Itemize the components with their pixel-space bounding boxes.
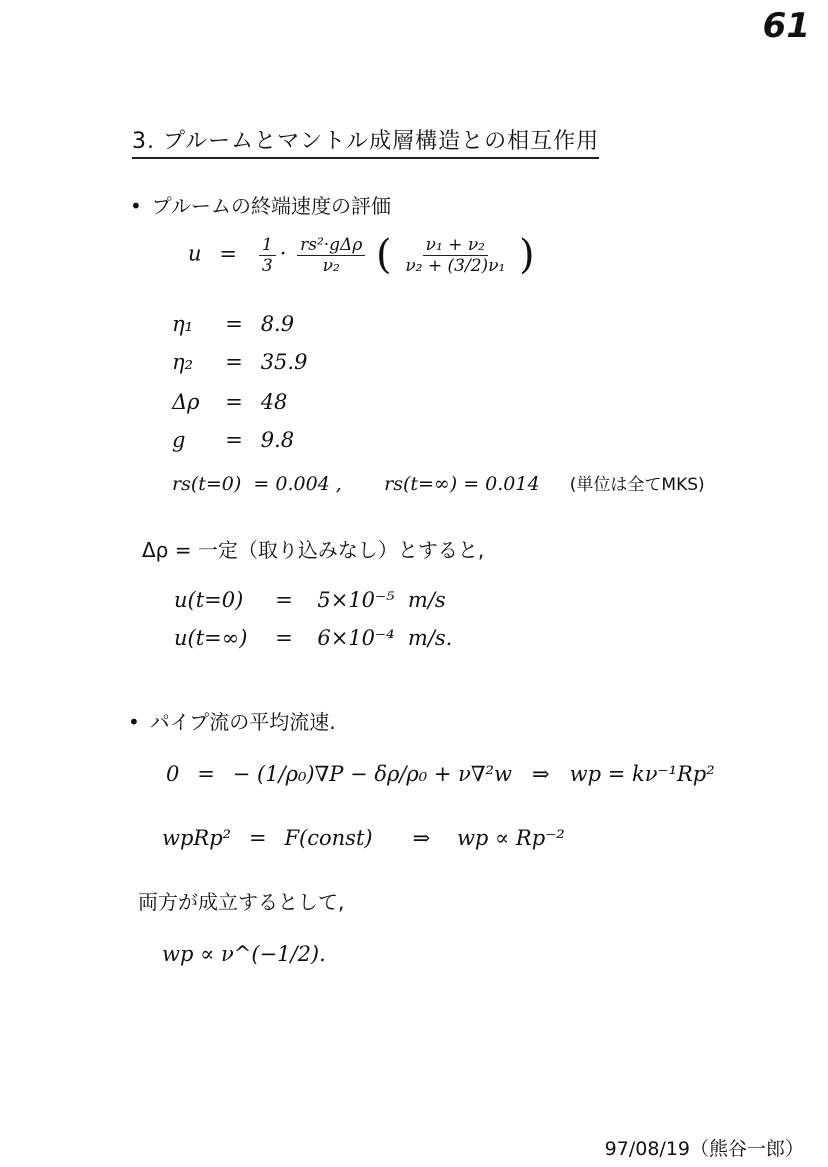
formula-lhs: u xyxy=(188,242,202,266)
page-number: 61 xyxy=(763,6,810,46)
section-heading: 3. プルームとマントル成層構造との相互作用 xyxy=(132,124,599,159)
momentum-equation: 0 = − (1/ρ₀)∇P − δρ/ρ₀ + ν∇²w ⇒ wp = kν⁻… xyxy=(166,762,715,786)
velocity-result: u(t=∞)= 6×10⁻⁴ m/s. xyxy=(174,626,452,650)
date-author-footer: 97/08/19（熊谷一郎） xyxy=(605,1134,804,1161)
unit-note: (単位は全てMKS) xyxy=(570,475,705,495)
paren-fraction: ν₁ + ν₂ ν₂ + (3/2)ν₁ xyxy=(402,235,508,276)
final-proportionality: wp ∝ ν^(−1/2). xyxy=(162,942,326,966)
implies-arrow: ⇒ xyxy=(413,826,431,850)
param-row: η₁= 8.9 xyxy=(172,312,294,336)
left-paren: ( xyxy=(376,232,392,278)
flux-equation: wpRp² = F(const) ⇒ wp ∝ Rp⁻² xyxy=(162,826,565,850)
param-row: η₂= 35.9 xyxy=(172,350,307,374)
conclusion-text: 両方が成立するとして, xyxy=(138,886,344,915)
terminal-velocity-formula: u = 1 3 · rs²·gΔρ ν₂ ( ν₁ + ν₂ ν₂ + (3/2… xyxy=(188,232,535,278)
main-fraction: rs²·gΔρ ν₂ xyxy=(297,235,365,276)
coef-fraction: 1 3 xyxy=(259,235,276,276)
bullet-terminal-velocity: プルームの終端速度の評価 xyxy=(130,190,391,219)
velocity-result: u(t=0)= 5×10⁻⁵ m/s xyxy=(174,588,446,612)
radius-line: rs(t=0) = 0.004 , rs(t=∞) = 0.014 (単位は全て… xyxy=(172,470,705,495)
param-row: g= 9.8 xyxy=(172,428,294,452)
formula-equals: = xyxy=(208,242,248,266)
bullet-pipe-flow: パイプ流の平均流速. xyxy=(128,706,336,735)
implies-arrow: ⇒ xyxy=(532,762,550,786)
constant-density-assumption: Δρ = 一定（取り込みなし）とすると, xyxy=(142,534,484,563)
right-paren: ) xyxy=(519,232,535,278)
param-row: Δρ= 48 xyxy=(172,390,287,414)
